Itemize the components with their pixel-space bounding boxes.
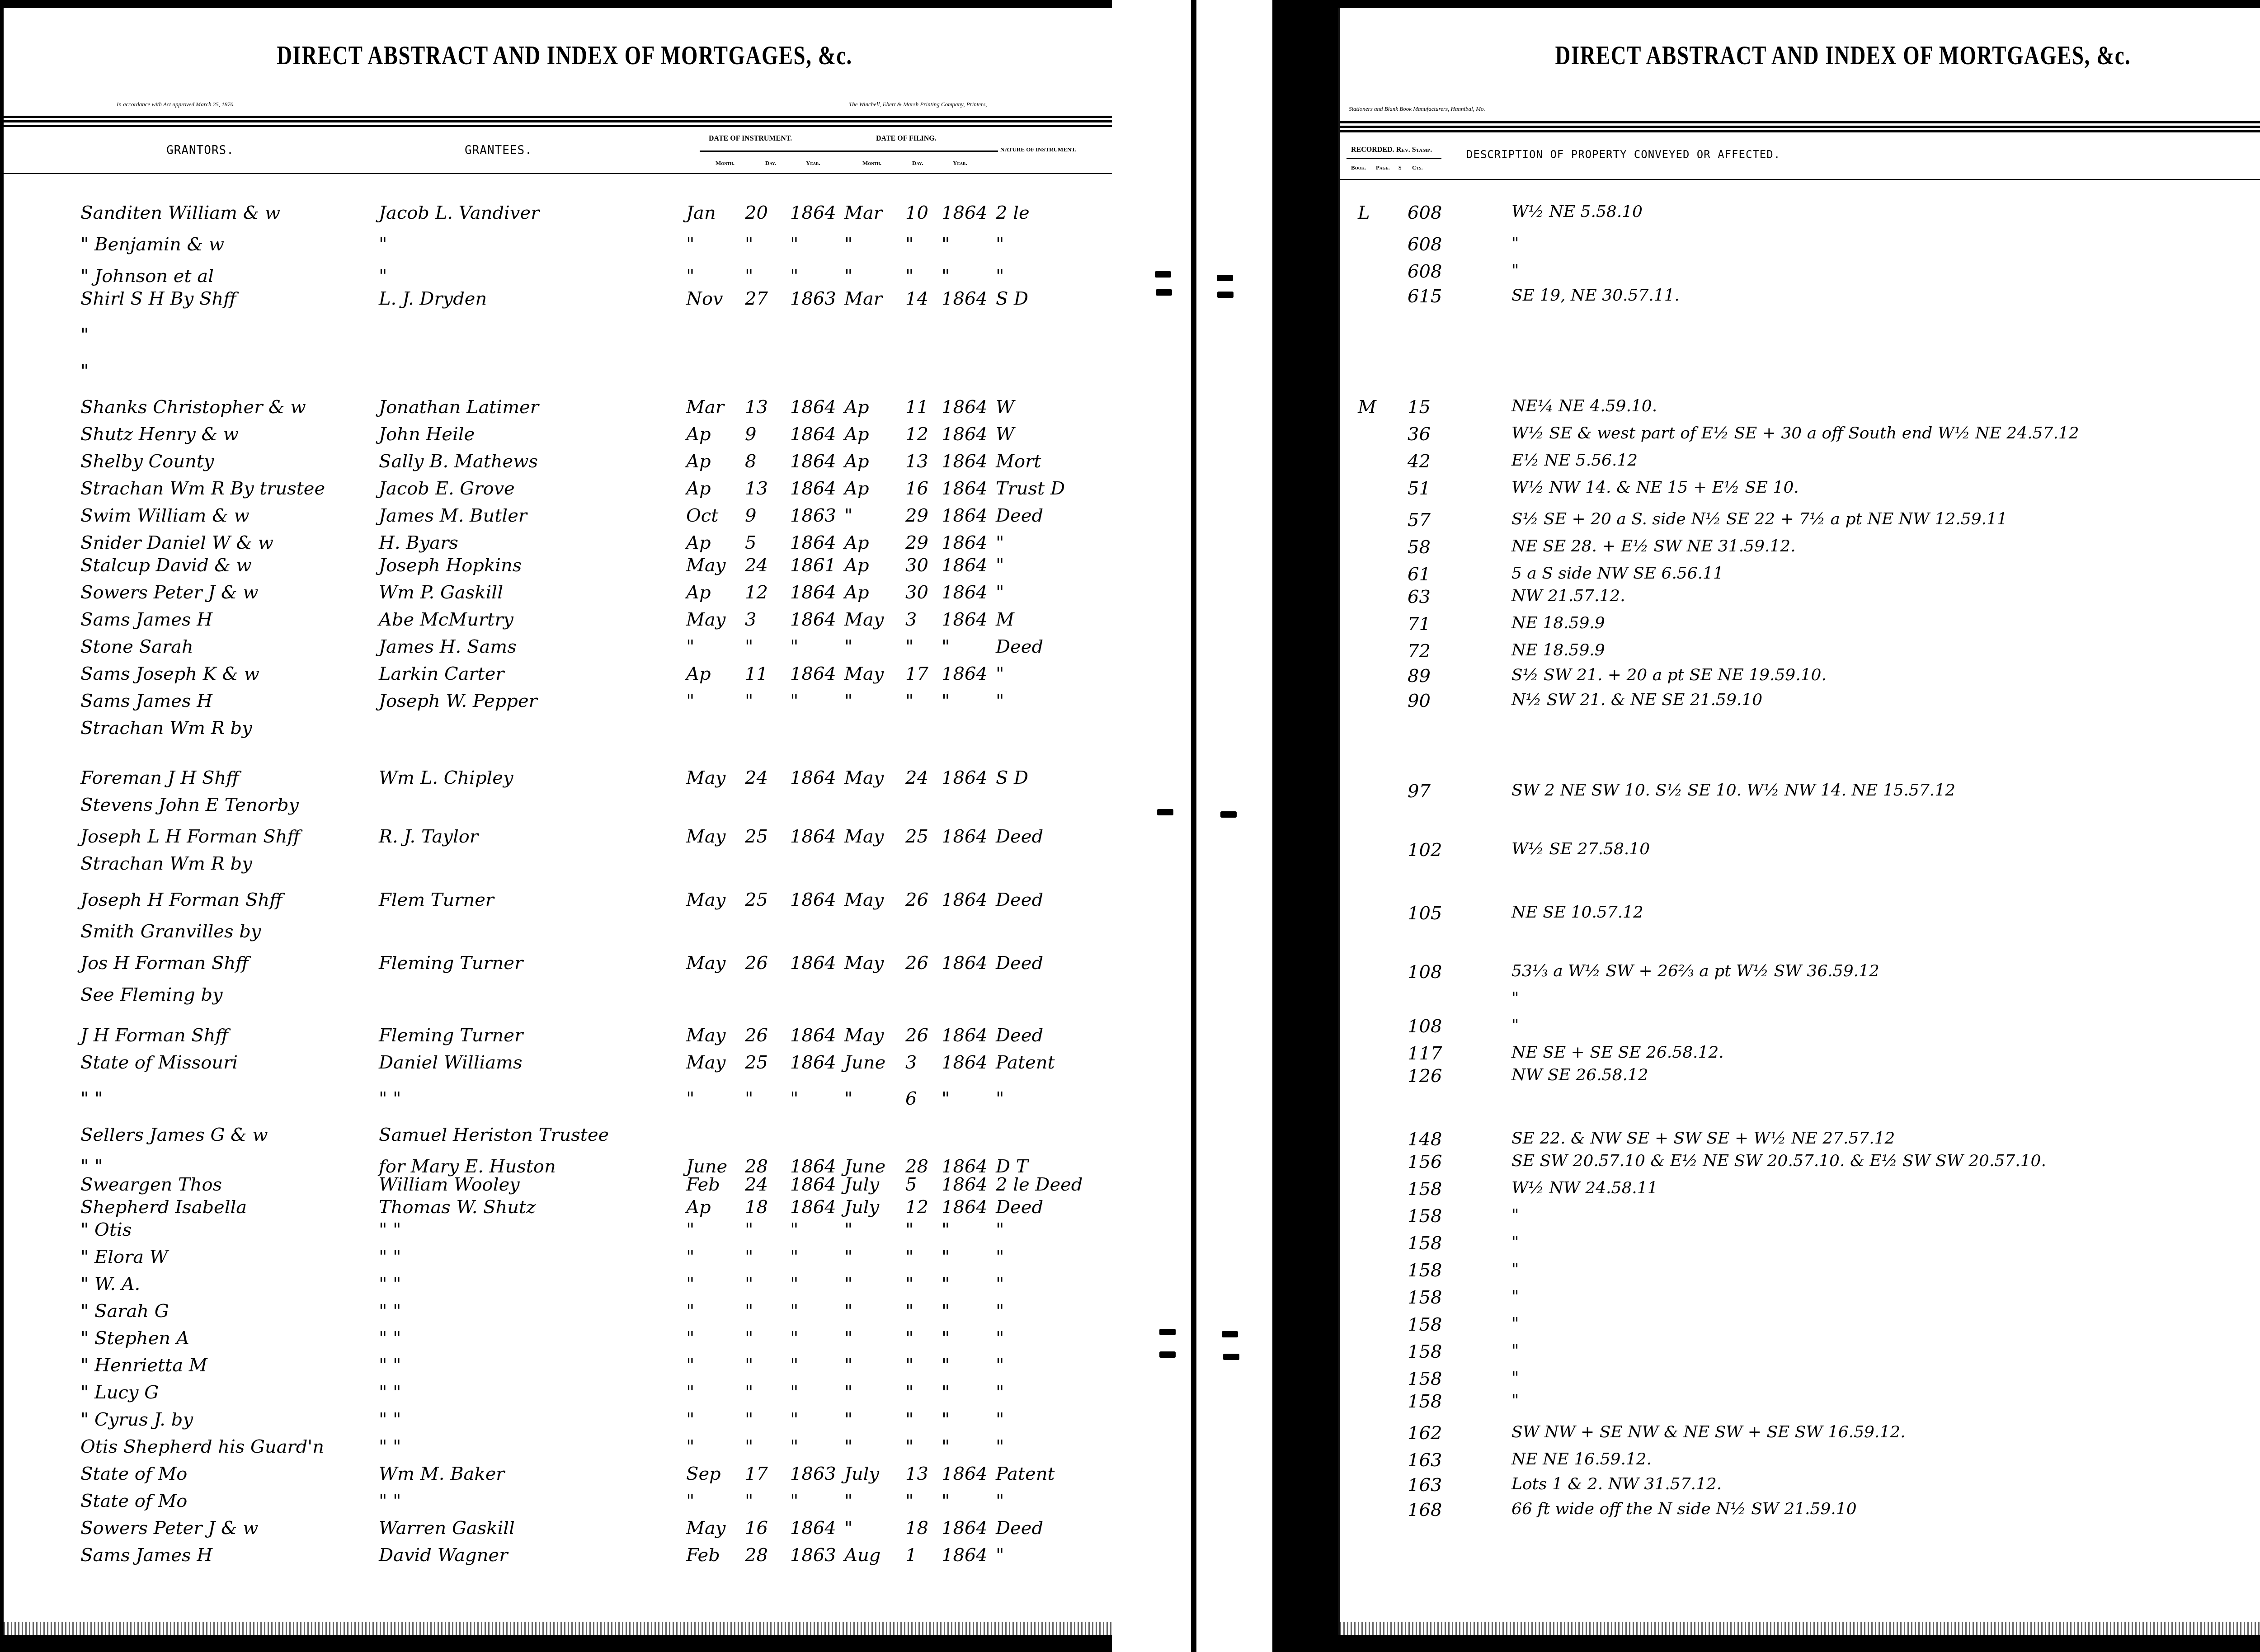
page-cell: 608 bbox=[1408, 261, 1457, 282]
instrument-month-cell: May bbox=[686, 1025, 736, 1046]
table-row: 16866 ft wide off the N side N½ SW 21.59… bbox=[1340, 1500, 2260, 1527]
table-row: Stalcup David & wJoseph HopkinsMay241861… bbox=[4, 555, 1125, 582]
instrument-year-cell: " bbox=[790, 1301, 844, 1322]
grantor-cell: " Henrietta M bbox=[80, 1355, 361, 1376]
page-cell: 162 bbox=[1408, 1423, 1457, 1444]
page-cell: 117 bbox=[1408, 1043, 1457, 1064]
instrument-day-cell: 24 bbox=[745, 767, 781, 788]
filing-year-cell: 1864 bbox=[942, 397, 996, 418]
instrument-year-header: Year. bbox=[806, 160, 820, 167]
binding-hole bbox=[1222, 1331, 1238, 1337]
header-underline bbox=[4, 173, 1125, 174]
table-row: " bbox=[4, 325, 1125, 352]
instrument-year-cell: " bbox=[790, 1088, 844, 1109]
table-row: 102W½ SE 27.58.10 bbox=[1340, 840, 2260, 867]
table-row: Sowers Peter J & wWarren GaskillMay16186… bbox=[4, 1518, 1125, 1545]
page-cell: 90 bbox=[1408, 691, 1457, 711]
table-row bbox=[1340, 1102, 2260, 1129]
filing-month-cell: " bbox=[844, 1355, 894, 1376]
instrument-day-cell: 16 bbox=[745, 1518, 781, 1539]
page-cell: 158 bbox=[1408, 1369, 1457, 1389]
table-row: 89S½ SW 21. + 20 a pt SE NE 19.59.10. bbox=[1340, 666, 2260, 693]
grantor-cell: " bbox=[80, 325, 361, 345]
filing-month-cell: " bbox=[844, 636, 894, 657]
instrument-year-cell: " bbox=[790, 1436, 844, 1457]
page-cell: 158 bbox=[1408, 1260, 1457, 1281]
table-row: 36W½ SE & west part of E½ SE + 30 a off … bbox=[1340, 424, 2260, 451]
description-cell: 53⅓ a W½ SW + 26⅔ a pt W½ SW 36.59.12 bbox=[1511, 962, 2260, 980]
filing-year-cell: " bbox=[942, 1491, 996, 1511]
grantor-cell: " Elora W bbox=[80, 1247, 361, 1267]
description-cell: " bbox=[1511, 1287, 2260, 1306]
filing-day-cell: 30 bbox=[905, 555, 942, 576]
filing-day-cell: 3 bbox=[905, 609, 942, 630]
instrument-year-cell: 1864 bbox=[790, 890, 844, 910]
grantee-cell: Warren Gaskill bbox=[379, 1518, 673, 1539]
nature-cell: " bbox=[996, 664, 1059, 684]
instrument-year-cell: " bbox=[790, 1491, 844, 1511]
filing-day-cell: 1 bbox=[905, 1545, 942, 1566]
description-cell: " bbox=[1511, 1016, 2260, 1035]
instrument-day-cell: " bbox=[745, 1382, 781, 1403]
table-row: Stevens John E Tenorby bbox=[4, 795, 1125, 822]
filing-day-header: Day. bbox=[912, 160, 923, 167]
page-header: Page. bbox=[1376, 164, 1390, 171]
filing-day-cell: 29 bbox=[905, 505, 942, 526]
page-cell: 36 bbox=[1408, 424, 1457, 445]
grantee-cell: Flem Turner bbox=[379, 890, 673, 910]
page-cell: 42 bbox=[1408, 451, 1457, 472]
page-edge bbox=[4, 1622, 1125, 1635]
description-cell: NE NE 16.59.12. bbox=[1511, 1450, 2260, 1468]
nature-cell: " bbox=[996, 1545, 1059, 1566]
table-row: 156SE SW 20.57.10 & E½ NE SW 20.57.10. &… bbox=[1340, 1152, 2260, 1179]
table-row: 163NE NE 16.59.12. bbox=[1340, 1450, 2260, 1477]
grantor-cell: J H Forman Shff bbox=[80, 1025, 361, 1046]
instrument-day-cell: 25 bbox=[745, 890, 781, 910]
table-row: Sams James HDavid WagnerFeb281863Aug1186… bbox=[4, 1545, 1125, 1572]
table-row: Shirl S H By ShffL. J. DrydenNov271863Ma… bbox=[4, 288, 1125, 315]
grantor-cell: Stalcup David & w bbox=[80, 555, 361, 576]
description-cell: " bbox=[1511, 1260, 2260, 1279]
header-rules bbox=[4, 116, 1125, 129]
filing-day-cell: " bbox=[905, 691, 942, 711]
recorded-divider bbox=[1347, 158, 1441, 159]
table-row: Sowers Peter J & wWm P. GaskillAp121864A… bbox=[4, 582, 1125, 609]
grantee-cell: " bbox=[379, 266, 673, 287]
filing-year-cell: 1864 bbox=[942, 1464, 996, 1484]
cents-header: Cts. bbox=[1412, 164, 1423, 171]
nature-cell: Deed bbox=[996, 890, 1059, 910]
table-row: 90N½ SW 21. & NE SE 21.59.10 bbox=[1340, 691, 2260, 718]
table-row: " "" """""6"" bbox=[4, 1088, 1125, 1115]
page-cell: 156 bbox=[1408, 1152, 1457, 1172]
table-row: Sams Joseph K & wLarkin CarterAp111864Ma… bbox=[4, 664, 1125, 691]
filing-day-cell: 12 bbox=[905, 1197, 942, 1218]
table-row: Shanks Christopher & wJonathan LatimerMa… bbox=[4, 397, 1125, 424]
grantors-header: GRANTORS. bbox=[166, 144, 234, 157]
grantee-cell: Jonathan Latimer bbox=[379, 397, 673, 418]
instrument-month-cell: Ap bbox=[686, 582, 736, 603]
grantor-cell: Shelby County bbox=[80, 451, 361, 472]
instrument-month-cell: " bbox=[686, 1247, 736, 1267]
instrument-day-cell: 27 bbox=[745, 288, 781, 309]
table-row: 158W½ NW 24.58.11 bbox=[1340, 1179, 2260, 1206]
instrument-year-cell: " bbox=[790, 1328, 844, 1349]
table-row: " Henrietta M" """""""" bbox=[4, 1355, 1125, 1382]
instrument-day-cell: " bbox=[745, 1247, 781, 1267]
table-row: " Sarah G" """""""" bbox=[4, 1301, 1125, 1328]
filing-year-cell: 1864 bbox=[942, 288, 996, 309]
table-row: Otis Shepherd his Guard'n" """""""" bbox=[4, 1436, 1125, 1464]
filing-month-cell: May bbox=[844, 953, 894, 974]
filing-year-cell: " bbox=[942, 1355, 996, 1376]
header-rules bbox=[1340, 121, 2260, 135]
table-row: " bbox=[1340, 989, 2260, 1016]
nature-cell: Deed bbox=[996, 953, 1059, 974]
filing-year-cell: " bbox=[942, 691, 996, 711]
filing-year-cell: 1864 bbox=[942, 478, 996, 499]
instrument-month-cell: Ap bbox=[686, 451, 736, 472]
grantor-cell: Jos H Forman Shff bbox=[80, 953, 361, 974]
instrument-month-cell: Mar bbox=[686, 397, 736, 418]
instrument-year-cell: " bbox=[790, 1382, 844, 1403]
filing-month-cell: June bbox=[844, 1052, 894, 1073]
instrument-year-cell: 1863 bbox=[790, 1545, 844, 1566]
grantor-cell: Sowers Peter J & w bbox=[80, 1518, 361, 1539]
page-cell: 158 bbox=[1408, 1341, 1457, 1362]
table-row: Sellers James G & wSamuel Heriston Trust… bbox=[4, 1125, 1125, 1152]
table-row: " W. A." """""""" bbox=[4, 1274, 1125, 1301]
book-cell: L bbox=[1358, 202, 1394, 223]
binding-hole bbox=[1217, 292, 1234, 298]
binding-hole bbox=[1223, 1354, 1239, 1360]
binding-strip-left bbox=[1112, 0, 1191, 1652]
grantee-cell: William Wooley bbox=[379, 1174, 673, 1195]
page-cell: 163 bbox=[1408, 1450, 1457, 1471]
page-cell: 105 bbox=[1408, 903, 1457, 924]
nature-cell: " bbox=[996, 1436, 1059, 1457]
filing-month-cell: " bbox=[844, 266, 894, 287]
page-cell: 71 bbox=[1408, 614, 1457, 635]
page-cell: 102 bbox=[1408, 840, 1457, 861]
table-row: Sanditen William & wJacob L. VandiverJan… bbox=[4, 202, 1125, 230]
table-row: 158" bbox=[1340, 1260, 2260, 1287]
grantor-cell: State of Missouri bbox=[80, 1052, 361, 1073]
filing-year-cell: 1864 bbox=[942, 1025, 996, 1046]
table-row: Strachan Wm R By trusteeJacob E. GroveAp… bbox=[4, 478, 1125, 505]
instrument-month-cell: " bbox=[686, 1409, 736, 1430]
instrument-day-cell: " bbox=[745, 1355, 781, 1376]
description-cell: " bbox=[1511, 1206, 2260, 1224]
filing-day-cell: 3 bbox=[905, 1052, 942, 1073]
filing-year-cell: 1864 bbox=[942, 826, 996, 847]
instrument-year-cell: 1864 bbox=[790, 1174, 844, 1195]
filing-year-cell: 1864 bbox=[942, 202, 996, 223]
binding-hole bbox=[1157, 809, 1173, 815]
nature-cell: W bbox=[996, 397, 1059, 418]
description-cell: NE¼ NE 4.59.10. bbox=[1511, 397, 2260, 415]
nature-cell: " bbox=[996, 1274, 1059, 1294]
page-cell: 126 bbox=[1408, 1066, 1457, 1087]
description-cell: N½ SW 21. & NE SE 21.59.10 bbox=[1511, 691, 2260, 709]
filing-year-cell: " bbox=[942, 1274, 996, 1294]
nature-cell: " bbox=[996, 1088, 1059, 1109]
grantee-cell: L. J. Dryden bbox=[379, 288, 673, 309]
description-cell: " bbox=[1511, 1369, 2260, 1387]
instrument-month-cell: " bbox=[686, 234, 736, 255]
table-row: 108" bbox=[1340, 1016, 2260, 1043]
instrument-day-cell: 13 bbox=[745, 397, 781, 418]
nature-cell: S D bbox=[996, 767, 1059, 788]
filing-month-cell: May bbox=[844, 664, 894, 684]
filing-year-cell: " bbox=[942, 1301, 996, 1322]
instrument-month-cell: " bbox=[686, 691, 736, 711]
grantor-cell: Stone Sarah bbox=[80, 636, 361, 657]
filing-day-cell: " bbox=[905, 1382, 942, 1403]
page-cell: 158 bbox=[1408, 1179, 1457, 1200]
grantee-cell: Wm L. Chipley bbox=[379, 767, 673, 788]
description-cell: SW 2 NE SW 10. S½ SE 10. W½ NW 14. NE 15… bbox=[1511, 781, 2260, 800]
description-cell: SE 19, NE 30.57.11. bbox=[1511, 286, 2260, 305]
instrument-year-cell: 1864 bbox=[790, 424, 844, 445]
filing-month-cell: " bbox=[844, 1247, 894, 1267]
page-cell: 158 bbox=[1408, 1206, 1457, 1227]
instrument-year-cell: 1864 bbox=[790, 532, 844, 553]
nature-cell: " bbox=[996, 691, 1059, 711]
table-row: " Cyrus J. by" """""""" bbox=[4, 1409, 1125, 1436]
instrument-month-header: Month. bbox=[716, 160, 734, 167]
filing-day-cell: 25 bbox=[905, 826, 942, 847]
table-row: 71NE 18.59.9 bbox=[1340, 614, 2260, 641]
grantor-cell: See Fleming by bbox=[80, 984, 361, 1005]
instrument-month-cell: May bbox=[686, 1518, 736, 1539]
table-row: 608" bbox=[1340, 234, 2260, 261]
grantor-cell: Sanditen William & w bbox=[80, 202, 361, 223]
book-spine bbox=[1272, 0, 1336, 1652]
filing-year-cell: 1864 bbox=[942, 532, 996, 553]
nature-cell: " bbox=[996, 1409, 1059, 1430]
page-cell: 72 bbox=[1408, 641, 1457, 662]
description-header: DESCRIPTION OF PROPERTY CONVEYED OR AFFE… bbox=[1466, 148, 1780, 161]
filing-year-cell: 1864 bbox=[942, 953, 996, 974]
grantee-cell: " " bbox=[379, 1274, 673, 1294]
filing-month-cell: " bbox=[844, 1328, 894, 1349]
page-cell: 15 bbox=[1408, 397, 1457, 418]
filing-day-cell: " bbox=[905, 1274, 942, 1294]
page-cell: 61 bbox=[1408, 564, 1457, 585]
table-row: Sams James HAbe McMurtryMay31864May31864… bbox=[4, 609, 1125, 636]
stationer-credit: Stationers and Blank Book Manufacturers,… bbox=[1349, 105, 1485, 113]
grantee-cell: " " bbox=[379, 1247, 673, 1267]
binding-hole bbox=[1220, 811, 1237, 818]
instrument-day-cell: 13 bbox=[745, 478, 781, 499]
recorded-header: RECORDED. bbox=[1351, 146, 1394, 154]
filing-year-cell: 1864 bbox=[942, 1197, 996, 1218]
page-edge bbox=[1340, 1622, 2260, 1635]
nature-cell: " bbox=[996, 1219, 1059, 1240]
page-cell: 608 bbox=[1408, 234, 1457, 255]
filing-month-header: Month. bbox=[862, 160, 881, 167]
table-row: 57S½ SE + 20 a S. side N½ SE 22 + 7½ a p… bbox=[1340, 510, 2260, 537]
description-cell: NE SE 28. + E½ SW NE 31.59.12. bbox=[1511, 537, 2260, 555]
filing-month-cell: " bbox=[844, 1301, 894, 1322]
filing-day-cell: 24 bbox=[905, 767, 942, 788]
filing-day-cell: " bbox=[905, 1247, 942, 1267]
grantor-cell: Sowers Peter J & w bbox=[80, 582, 361, 603]
table-row: 42E½ NE 5.56.12 bbox=[1340, 451, 2260, 478]
instrument-year-cell: " bbox=[790, 691, 844, 711]
grantee-cell: R. J. Taylor bbox=[379, 826, 673, 847]
page-cell: 108 bbox=[1408, 962, 1457, 983]
table-row: Sams James HJoseph W. Pepper""""""" bbox=[4, 691, 1125, 718]
nature-cell: W bbox=[996, 424, 1059, 445]
filing-month-cell: May bbox=[844, 609, 894, 630]
grantor-cell: Sweargen Thos bbox=[80, 1174, 361, 1195]
grantor-cell: Joseph L H Forman Shff bbox=[80, 826, 361, 847]
filing-day-cell: 18 bbox=[905, 1518, 942, 1539]
instrument-day-cell: 20 bbox=[745, 202, 781, 223]
instrument-day-cell: 11 bbox=[745, 664, 781, 684]
filing-month-cell: " bbox=[844, 1219, 894, 1240]
page-cell: 615 bbox=[1408, 286, 1457, 307]
table-row: Swim William & wJames M. ButlerOct91863"… bbox=[4, 505, 1125, 532]
instrument-month-cell: Ap bbox=[686, 664, 736, 684]
nature-cell: Deed bbox=[996, 1025, 1059, 1046]
instrument-year-cell: 1864 bbox=[790, 202, 844, 223]
instrument-month-cell: " bbox=[686, 266, 736, 287]
filing-day-cell: 13 bbox=[905, 451, 942, 472]
description-cell: " bbox=[1511, 989, 2260, 1007]
instrument-year-cell: " bbox=[790, 1274, 844, 1294]
description-cell: 5 a S side NW SE 6.56.11 bbox=[1511, 564, 2260, 583]
table-row: M15NE¼ NE 4.59.10. bbox=[1340, 397, 2260, 424]
instrument-day-cell: " bbox=[745, 234, 781, 255]
page-cell: 97 bbox=[1408, 781, 1457, 802]
grantor-cell: " Lucy G bbox=[80, 1382, 361, 1403]
instrument-day-cell: 12 bbox=[745, 582, 781, 603]
table-row: 163Lots 1 & 2. NW 31.57.12. bbox=[1340, 1475, 2260, 1502]
filing-month-cell: " bbox=[844, 505, 894, 526]
grantee-cell: H. Byars bbox=[379, 532, 673, 553]
binding-hole bbox=[1217, 275, 1233, 281]
instrument-month-cell: Feb bbox=[686, 1545, 736, 1566]
filing-year-cell: 1864 bbox=[942, 664, 996, 684]
instrument-day-cell: " bbox=[745, 1409, 781, 1430]
grantor-cell: Shanks Christopher & w bbox=[80, 397, 361, 418]
instrument-year-cell: 1864 bbox=[790, 664, 844, 684]
table-row: 105NE SE 10.57.12 bbox=[1340, 903, 2260, 930]
filing-day-cell: " bbox=[905, 1219, 942, 1240]
filing-year-cell: " bbox=[942, 1219, 996, 1240]
instrument-day-cell: 3 bbox=[745, 609, 781, 630]
filing-day-cell: 16 bbox=[905, 478, 942, 499]
table-row: 162SW NW + SE NW & NE SW + SE SW 16.59.1… bbox=[1340, 1423, 2260, 1450]
filing-month-cell: " bbox=[844, 1409, 894, 1430]
description-cell: S½ SE + 20 a S. side N½ SE 22 + 7½ a pt … bbox=[1511, 510, 2260, 528]
table-row: 63NW 21.57.12. bbox=[1340, 587, 2260, 614]
nature-cell: 2 le bbox=[996, 202, 1059, 223]
grantee-cell: " " bbox=[379, 1436, 673, 1457]
grantor-cell: Shepherd Isabella bbox=[80, 1197, 361, 1218]
nature-cell: Patent bbox=[996, 1052, 1059, 1073]
table-row: Stone SarahJames H. Sams""""""Deed bbox=[4, 636, 1125, 664]
nature-cell: " bbox=[996, 266, 1059, 287]
nature-cell: " bbox=[996, 555, 1059, 576]
instrument-month-cell: " bbox=[686, 1219, 736, 1240]
filing-month-cell: Ap bbox=[844, 451, 894, 472]
filing-year-cell: " bbox=[942, 1409, 996, 1430]
filing-day-cell: 29 bbox=[905, 532, 942, 553]
grantor-cell: Strachan Wm R by bbox=[80, 718, 361, 739]
nature-cell: Deed bbox=[996, 1197, 1059, 1218]
grantor-cell: " bbox=[80, 361, 361, 381]
table-row bbox=[1340, 722, 2260, 749]
filing-year-cell: 1864 bbox=[942, 890, 996, 910]
date-of-instrument-header: DATE OF INSTRUMENT. bbox=[709, 135, 792, 143]
description-cell: " bbox=[1511, 261, 2260, 280]
table-row: 97SW 2 NE SW 10. S½ SE 10. W½ NW 14. NE … bbox=[1340, 781, 2260, 808]
table-row: " Lucy G" """""""" bbox=[4, 1382, 1125, 1409]
instrument-year-cell: " bbox=[790, 636, 844, 657]
table-row: 158" bbox=[1340, 1287, 2260, 1314]
grantor-cell: Joseph H Forman Shff bbox=[80, 890, 361, 910]
grantee-cell: " " bbox=[379, 1382, 673, 1403]
filing-month-cell: " bbox=[844, 1382, 894, 1403]
grantor-cell: Sams James H bbox=[80, 609, 361, 630]
grantees-header: GRANTEES. bbox=[465, 144, 532, 157]
filing-year-cell: 1864 bbox=[942, 582, 996, 603]
instrument-month-cell: May bbox=[686, 609, 736, 630]
table-row: Shelby CountySally B. MathewsAp81864Ap13… bbox=[4, 451, 1125, 478]
grantee-cell: " " bbox=[379, 1301, 673, 1322]
instrument-day-cell: 5 bbox=[745, 532, 781, 553]
page-cell: 158 bbox=[1408, 1233, 1457, 1254]
filing-day-cell: " bbox=[905, 1328, 942, 1349]
instrument-day-cell: " bbox=[745, 691, 781, 711]
filing-day-cell: " bbox=[905, 636, 942, 657]
instrument-year-cell: 1864 bbox=[790, 397, 844, 418]
filing-year-cell: 1864 bbox=[942, 767, 996, 788]
filing-day-cell: " bbox=[905, 1409, 942, 1430]
nature-cell: " bbox=[996, 1328, 1059, 1349]
instrument-year-cell: 1864 bbox=[790, 609, 844, 630]
date-of-filing-header: DATE OF FILING. bbox=[876, 135, 937, 143]
grantee-cell: " " bbox=[379, 1088, 673, 1109]
instrument-year-cell: " bbox=[790, 1355, 844, 1376]
grantee-cell: " " bbox=[379, 1219, 673, 1240]
filing-day-cell: 26 bbox=[905, 953, 942, 974]
nature-cell: 2 le Deed bbox=[996, 1174, 1059, 1195]
table-row: 608" bbox=[1340, 261, 2260, 288]
filing-month-cell: May bbox=[844, 1025, 894, 1046]
instrument-year-cell: 1863 bbox=[790, 288, 844, 309]
filing-year-cell: " bbox=[942, 1088, 996, 1109]
instrument-month-cell: May bbox=[686, 555, 736, 576]
instrument-year-cell: 1864 bbox=[790, 1025, 844, 1046]
description-cell: Lots 1 & 2. NW 31.57.12. bbox=[1511, 1475, 2260, 1493]
grantee-cell: Jacob L. Vandiver bbox=[379, 202, 673, 223]
instrument-day-cell: " bbox=[745, 636, 781, 657]
instrument-month-cell: May bbox=[686, 953, 736, 974]
filing-month-cell: " bbox=[844, 1491, 894, 1511]
nature-cell: Patent bbox=[996, 1464, 1059, 1484]
nature-cell: Deed bbox=[996, 826, 1059, 847]
description-cell: NW SE 26.58.12 bbox=[1511, 1066, 2260, 1084]
page-cell: 57 bbox=[1408, 510, 1457, 531]
nature-cell: " bbox=[996, 1355, 1059, 1376]
instrument-month-cell: May bbox=[686, 767, 736, 788]
